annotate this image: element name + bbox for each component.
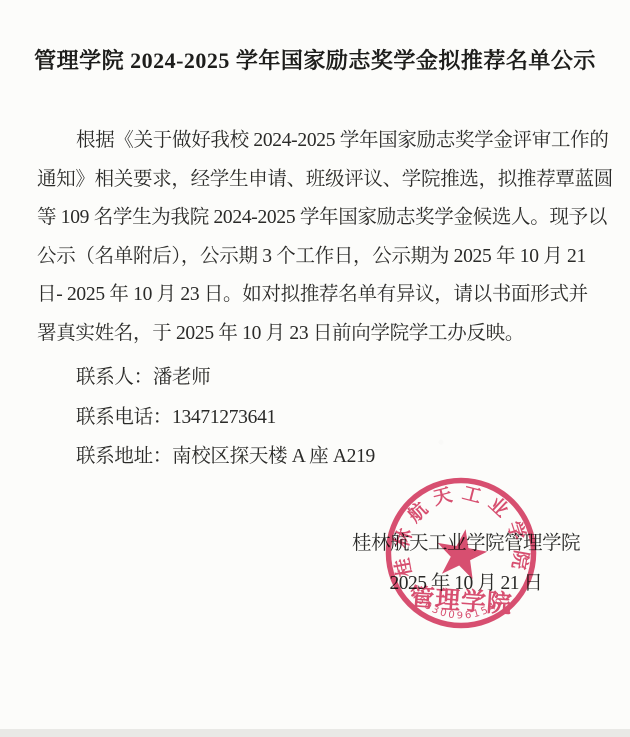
contact-label: 联系电话：	[76, 407, 172, 428]
body-line: 公示（名单附后），公示期 3 个工作日，公示期为 2025 年 10 月 21	[37, 238, 597, 277]
contact-info: 联系人：潘老师 联系电话：13471273641 联系地址：南校区探天楼 A 座…	[76, 358, 375, 477]
body-line: 日- 2025 年 10 月 23 日。如对拟推荐名单有异议，请以书面形式并	[37, 276, 597, 315]
signature-org: 桂林航天工业学院管理学院	[340, 524, 592, 564]
scan-bottom-edge	[0, 729, 630, 737]
body-line: 等 109 名学生为我院 2024-2025 学年国家励志奖学金候选人。现予以	[37, 199, 597, 238]
body-line: 通知》相关要求，经学生申请、班级评议、学院推选，拟推荐覃蓝圆	[37, 161, 597, 200]
signature-block: 桂林航天工业学院管理学院 2025 年 10 月 21 日	[340, 524, 592, 604]
contact-label: 联系人：	[76, 367, 153, 388]
scanned-document-page: 管理学院 2024-2025 学年国家励志奖学金拟推荐名单公示 根据《关于做好我…	[0, 0, 630, 737]
contact-value: 13471273641	[172, 407, 276, 428]
document-title: 管理学院 2024-2025 学年国家励志奖学金拟推荐名单公示	[0, 44, 630, 75]
contact-value: 潘老师	[153, 367, 211, 388]
contact-value: 南校区探天楼 A 座 A219	[172, 446, 375, 467]
signature-date: 2025 年 10 月 21 日	[340, 564, 592, 604]
contact-phone-row: 联系电话：13471273641	[76, 398, 375, 438]
body-paragraph: 根据《关于做好我校 2024-2025 学年国家励志奖学金评审工作的 通知》相关…	[37, 122, 597, 354]
body-line: 署真实姓名，于 2025 年 10 月 23 日前向学院学工办反映。	[37, 315, 597, 354]
contact-person-row: 联系人：潘老师	[76, 358, 375, 398]
contact-address-row: 联系地址：南校区探天楼 A 座 A219	[76, 437, 375, 477]
contact-label: 联系地址：	[76, 446, 172, 467]
body-line: 根据《关于做好我校 2024-2025 学年国家励志奖学金评审工作的	[37, 122, 597, 161]
